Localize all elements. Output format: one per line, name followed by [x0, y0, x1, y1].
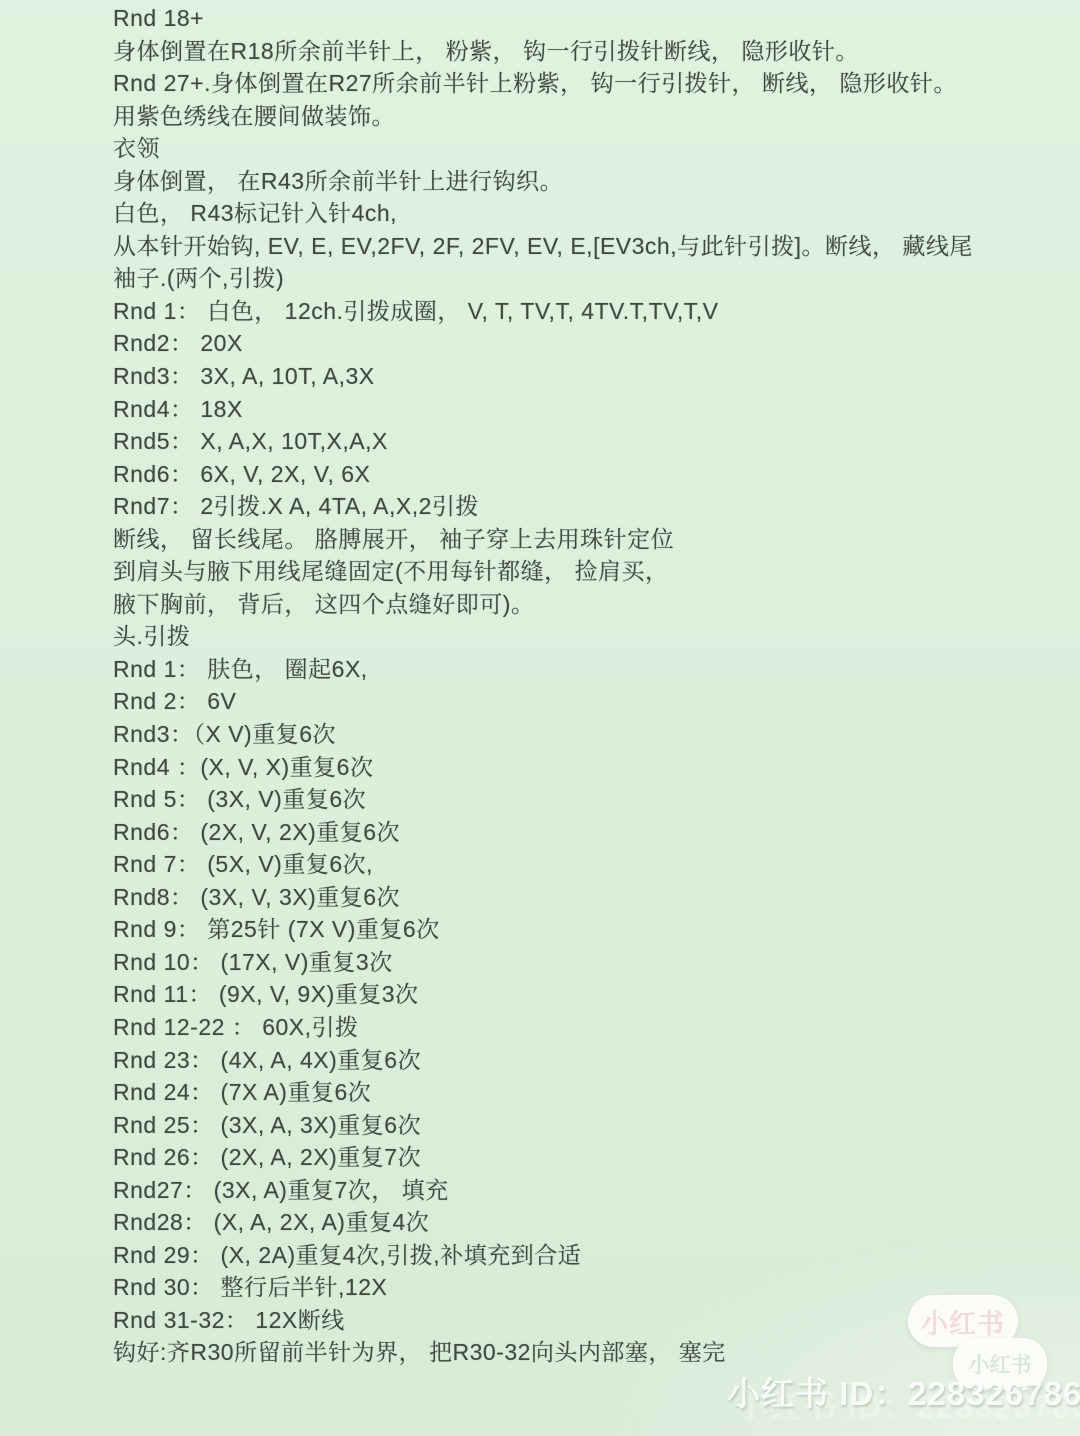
- pattern-line: 白色， R43标记针入针4ch,: [113, 197, 1060, 230]
- pattern-line: Rnd 9： 第25针 (7X V)重复6次: [113, 913, 1060, 946]
- pattern-line: 从本针开始钩, EV, E, EV,2FV, 2F, 2FV, EV, E,[E…: [113, 230, 1060, 263]
- pattern-line: Rnd4： 18X: [113, 393, 1060, 426]
- pattern-line: Rnd 25： (3X, A, 3X)重复6次: [113, 1109, 1060, 1142]
- scanned-pattern-page: Rnd 18+身体倒置在R18所余前半针上， 粉紫， 钩一行引拨针断线， 隐形收…: [0, 0, 1080, 1436]
- pattern-line: Rnd 26： (2X, A, 2X)重复7次: [113, 1141, 1060, 1174]
- xiaohongshu-logo-text: 小红书: [921, 1302, 1005, 1341]
- pattern-line: Rnd6： (2X, V, 2X)重复6次: [113, 816, 1060, 849]
- pattern-line: 袖子.(两个,引拨): [113, 262, 1060, 295]
- pattern-line: 头.引拨: [113, 620, 1060, 653]
- pattern-line: Rnd3： 3X, A, 10T, A,3X: [113, 360, 1060, 393]
- pattern-line: Rnd27： (3X, A)重复7次， 填充: [113, 1174, 1060, 1207]
- pattern-line: Rnd4 ：(X, V, X)重复6次: [113, 751, 1060, 784]
- pattern-line: Rnd 29： (X, 2A)重复4次,引拨,补填充到合适: [113, 1239, 1060, 1272]
- pattern-line: Rnd3：（X V)重复6次: [113, 718, 1060, 751]
- pattern-line: Rnd 1： 肤色， 圈起6X,: [113, 653, 1060, 686]
- pattern-line: Rnd 1： 白色， 12ch.引拨成圈， V, T, TV,T, 4TV.T,…: [113, 295, 1060, 328]
- pattern-line: Rnd8： (3X, V, 3X)重复6次: [113, 881, 1060, 914]
- pattern-line: Rnd6： 6X, V, 2X, V, 6X: [113, 458, 1060, 491]
- pattern-line: Rnd2： 20X: [113, 327, 1060, 360]
- pattern-line: 断线， 留长线尾。 胳膊展开， 袖子穿上去用珠针定位: [113, 523, 1060, 556]
- pattern-line: Rnd7： 2引拨.X A, 4TA, A,X,2引拨: [113, 490, 1060, 523]
- pattern-line: Rnd 5： (3X, V)重复6次: [113, 783, 1060, 816]
- pattern-line: Rnd 12-22 ： 60X,引拨: [113, 1011, 1060, 1044]
- pattern-line: Rnd5： X, A,X, 10T,X,A,X: [113, 425, 1060, 458]
- pattern-line: Rnd 27+.身体倒置在R27所余前半针上粉紫， 钩一行引拨针， 断线， 隐形…: [113, 67, 1060, 100]
- pattern-line: 用紫色绣线在腰间做装饰。: [113, 100, 1060, 133]
- pattern-line: Rnd 10： (17X, V)重复3次: [113, 946, 1060, 979]
- pattern-line: Rnd 2： 6V: [113, 685, 1060, 718]
- pattern-line: Rnd 7： (5X, V)重复6次,: [113, 848, 1060, 881]
- pattern-line: 到肩头与腋下用线尾缝固定(不用每针都缝， 捡肩买，: [113, 555, 1060, 588]
- pattern-text-block: Rnd 18+身体倒置在R18所余前半针上， 粉紫， 钩一行引拨针断线， 隐形收…: [113, 2, 1060, 1369]
- pattern-line: 腋下胸前， 背后， 这四个点缝好即可)。: [113, 588, 1060, 621]
- pattern-line: 衣领: [113, 132, 1060, 165]
- pattern-line: Rnd 24： (7X A)重复6次: [113, 1076, 1060, 1109]
- pattern-line: Rnd 18+: [113, 2, 1060, 35]
- pattern-line: Rnd 23： (4X, A, 4X)重复6次: [113, 1044, 1060, 1077]
- pattern-line: 身体倒置在R18所余前半针上， 粉紫， 钩一行引拨针断线， 隐形收针。: [113, 35, 1060, 68]
- pattern-line: 身体倒置， 在R43所余前半针上进行钩织。: [113, 165, 1060, 198]
- pattern-line: Rnd28： (X, A, 2X, A)重复4次: [113, 1206, 1060, 1239]
- pattern-line: Rnd 11： (9X, V, 9X)重复3次: [113, 978, 1060, 1011]
- watermark-id: 小红书 ID：228326786: [727, 1368, 1080, 1415]
